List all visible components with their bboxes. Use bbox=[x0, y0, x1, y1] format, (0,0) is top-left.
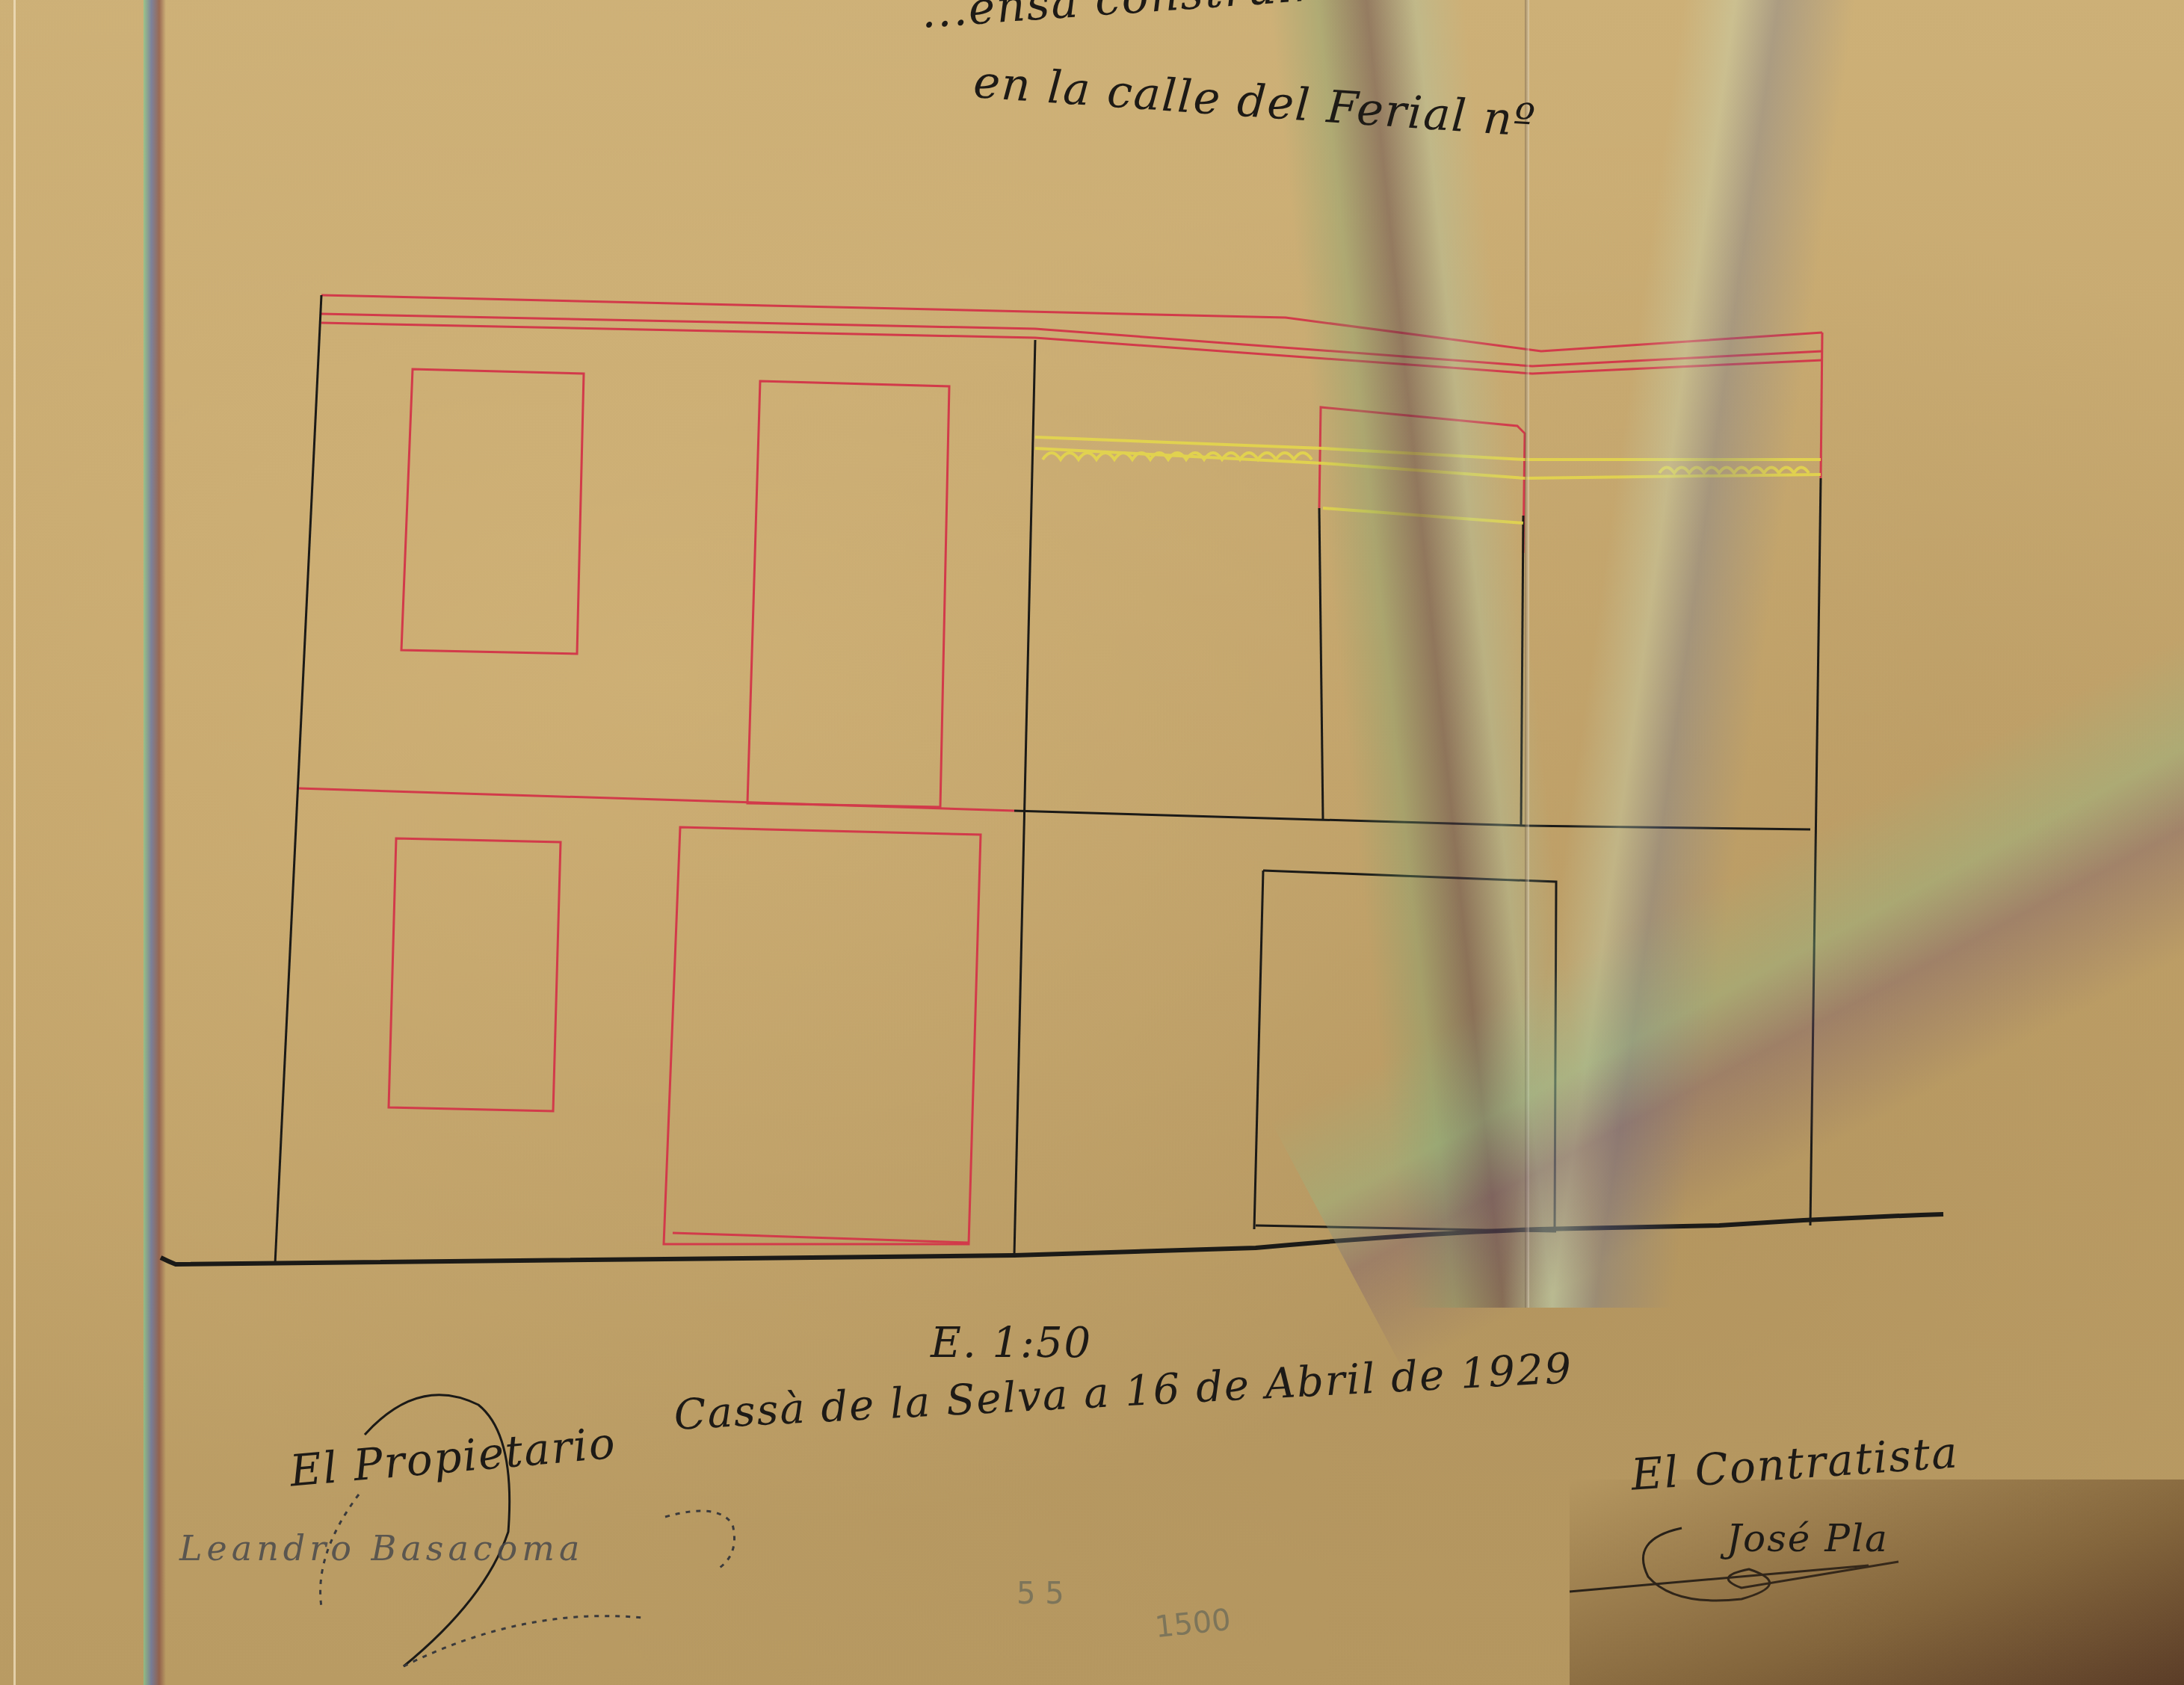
yellow-frieze bbox=[1035, 437, 1821, 523]
ground-left-window bbox=[389, 838, 561, 1111]
ground-left-door bbox=[664, 827, 981, 1244]
paper-fold-center bbox=[1525, 0, 1529, 1308]
scan-shadow bbox=[1570, 1480, 2184, 1685]
owner-signature: Leandro Basacoma bbox=[179, 1528, 584, 1568]
upper-left-window bbox=[401, 369, 584, 654]
pencil-note: 5 5 bbox=[1017, 1577, 1064, 1611]
garage-door bbox=[1254, 871, 1556, 1231]
facade-elevation-drawing bbox=[0, 0, 2184, 1685]
ground-line bbox=[161, 1214, 1943, 1264]
contractor-signature: José Pla bbox=[1727, 1517, 1889, 1560]
upper-balcony-door bbox=[747, 381, 949, 807]
scale-label: E. 1:50 bbox=[931, 1319, 1092, 1367]
scanned-document-sheet: ...ensa construir D. Leandro Basacoma en… bbox=[0, 0, 2184, 1685]
building-outline bbox=[275, 295, 1821, 1264]
